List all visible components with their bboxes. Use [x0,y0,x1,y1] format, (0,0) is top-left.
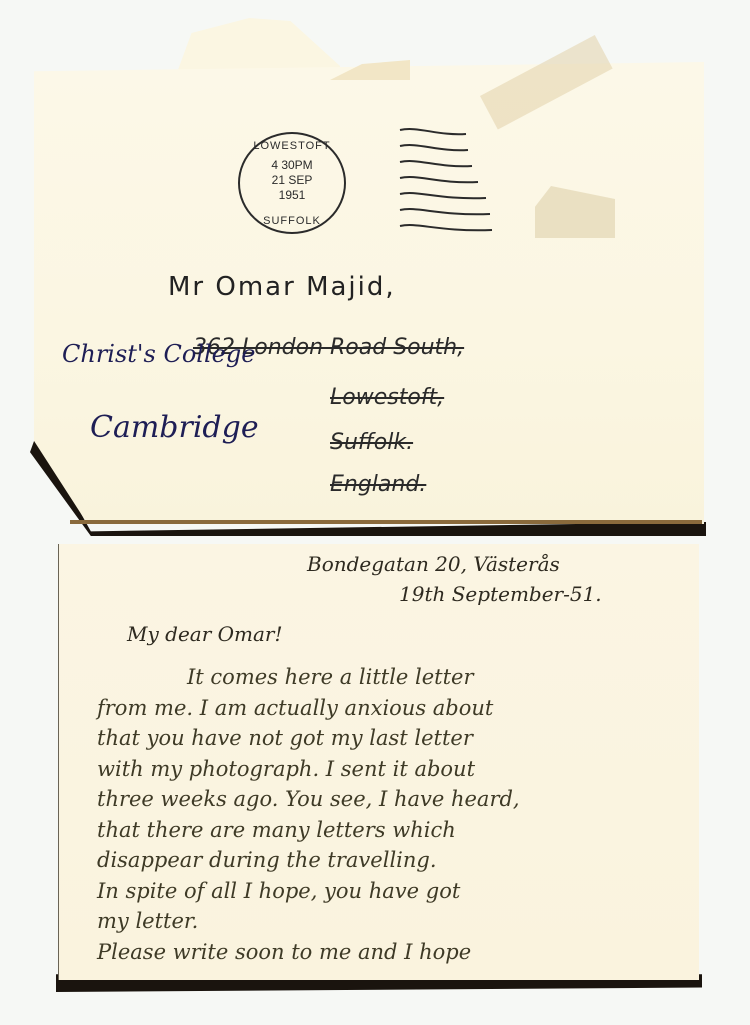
body-line: three weeks ago. You see, I have heard, [97,784,520,815]
sender-address: Bondegatan 20, Västerås [307,552,560,576]
postmark-year: 1951 [240,188,344,203]
postmark-datetime: 4 30PM 21 SEP 1951 [240,158,344,203]
body-line: that there are many letters which [97,815,520,846]
body-line: It comes here a little letter [97,662,520,693]
body-line: In spite of all I hope, you have got [97,876,520,907]
forwarding-city: Cambridge [90,410,259,445]
letter-page: Bondegatan 20, Västerås 19th September-5… [58,544,699,980]
postmark-stamp: LOWESTOFT 4 30PM 21 SEP 1951 SUFFOLK [238,132,346,234]
body-line: from me. I am actually anxious about [97,693,520,724]
envelope-bottom-edge [70,520,702,524]
forwarding-college: Christ's College [62,340,255,368]
body-line: disappear during the travelling. [97,845,520,876]
postmark-time: 4 30PM [240,158,344,173]
letter-salutation: My dear Omar! [127,622,283,646]
recipient-name: Mr Omar Majid, [168,272,396,302]
postmark-town: LOWESTOFT [240,140,344,152]
letter-date: 19th September-51. [399,582,602,606]
struck-address-country: England. [330,472,426,497]
cancellation-wavy-lines-icon [398,122,508,232]
postmark-county: SUFFOLK [240,215,344,227]
body-line: that you have not got my last letter [97,723,520,754]
letter-body: It comes here a little letter from me. I… [97,662,520,967]
body-line: Please write soon to me and I hope [97,937,520,968]
struck-address-county: Suffolk. [330,430,413,455]
postmark-date: 21 SEP [240,173,344,188]
body-line: with my photograph. I sent it about [97,754,520,785]
struck-address-town: Lowestoft, [330,385,444,410]
body-line: my letter. [97,906,520,937]
